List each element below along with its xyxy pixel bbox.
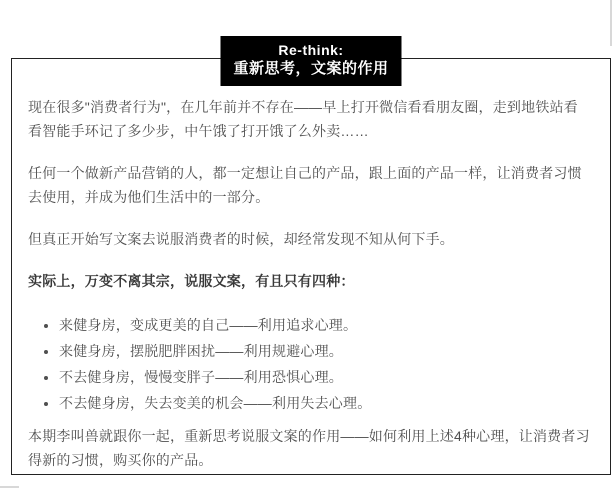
section-header-title-zh: 重新思考，文案的作用 [233,59,388,79]
paragraph-consumer-behavior: 现在很多"消费者行为"，在几年前并不存在——早上打开微信看看朋友圈，走到地铁站看… [28,95,590,143]
section-header-badge: Re-think: 重新思考，文案的作用 [220,36,401,86]
article-page: Re-think: 重新思考，文案的作用 现在很多"消费者行为"，在几年前并不存… [0,0,616,491]
list-item-avoidance: 来健身房，摆脱肥胖困扰——利用规避心理。 [59,338,590,364]
page-edge-line-bottom [0,486,19,488]
paragraph-new-product-marketing: 任何一个做新产品营销的人，都一定想让自己的产品，跟上面的产品一样，让消费者习惯去… [28,161,590,209]
list-item-fear: 不去健身房，慢慢变胖子——利用恐惧心理。 [59,364,590,390]
page-edge-line-right [610,0,612,46]
paragraph-closing: 本期李叫兽就跟你一起，重新思考说服文案的作用——如何利用上述4种心理，让消费者习… [28,424,590,472]
list-item-pursuit: 来健身房，变成更美的自己——利用追求心理。 [59,312,590,338]
list-item-loss: 不去健身房，失去变美的机会——利用失去心理。 [59,390,590,416]
article-content-box: Re-think: 重新思考，文案的作用 现在很多"消费者行为"，在几年前并不存… [11,58,611,475]
section-header-title-en: Re-think: [233,42,388,59]
persuasion-type-list: 来健身房，变成更美的自己——利用追求心理。 来健身房，摆脱肥胖困扰——利用规避心… [28,312,590,416]
paragraph-hard-to-start: 但真正开始写文案去说服消费者的时候，却经常发现不知从何下手。 [28,227,590,251]
article-body: 现在很多"消费者行为"，在几年前并不存在——早上打开微信看看朋友圈，走到地铁站看… [28,95,590,472]
paragraph-four-types-lead: 实际上，万变不离其宗，说服文案，有且只有四种： [28,269,590,293]
